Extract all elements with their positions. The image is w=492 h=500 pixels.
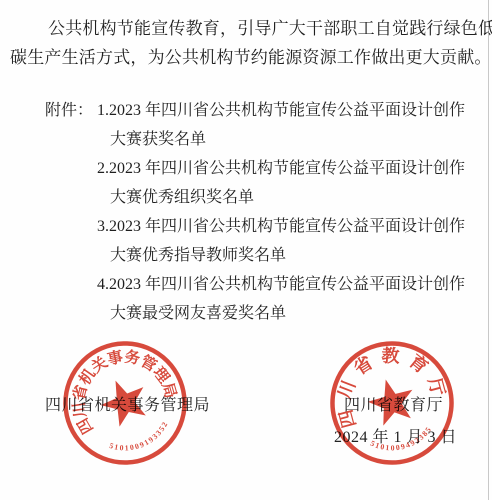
body-paragraph: 公共机构节能宣传教育，引导广大干部职工自觉践行绿色低 碳生产生活方式，为公共机构… — [10, 14, 481, 72]
scan-edge-line — [488, 0, 489, 500]
paragraph-line: 碳生产生活方式，为公共机构节约能源资源工作做出更大贡献。 — [10, 43, 481, 72]
attachment-items: 1.2023 年四川省公共机构节能宣传公益平面设计创作 大赛获奖名单 2.202… — [45, 96, 465, 328]
attachment-item-subtitle: 大赛优秀指导教师奖名单 — [97, 241, 465, 270]
attachment-item-title: 3.2023 年四川省公共机构节能宣传公益平面设计创作 — [97, 212, 465, 241]
attachment-item: 4.2023 年四川省公共机构节能宣传公益平面设计创作 大赛最受网友喜爱奖名单 — [97, 270, 465, 328]
attachment-item-subtitle: 大赛获奖名单 — [97, 125, 465, 154]
svg-text:5101009193352: 5101009193352 — [106, 417, 176, 462]
attachment-item-subtitle: 大赛优秀组织奖名单 — [97, 183, 465, 212]
attachment-label: 附件： — [45, 96, 93, 125]
attachment-list: 附件： 1.2023 年四川省公共机构节能宣传公益平面设计创作 大赛获奖名单 2… — [45, 96, 465, 328]
attachment-item: 1.2023 年四川省公共机构节能宣传公益平面设计创作 大赛获奖名单 — [97, 96, 465, 154]
attachment-item: 2.2023 年四川省公共机构节能宣传公益平面设计创作 大赛优秀组织奖名单 — [97, 154, 465, 212]
attachment-item-subtitle: 大赛最受网友喜爱奖名单 — [97, 299, 465, 328]
document-page: 公共机构节能宣传教育，引导广大干部职工自觉践行绿色低 碳生产生活方式，为公共机构… — [0, 0, 492, 500]
attachment-item-title: 1.2023 年四川省公共机构节能宣传公益平面设计创作 — [97, 96, 465, 125]
seal-serial-number: 5101009193352 — [106, 417, 176, 462]
star-icon — [94, 372, 154, 431]
attachment-item: 3.2023 年四川省公共机构节能宣传公益平面设计创作 大赛优秀指导教师奖名单 — [97, 212, 465, 270]
official-seal-left: 四川省机关事务管理局 5101009193352 — [58, 336, 193, 471]
paragraph-line: 公共机构节能宣传教育，引导广大干部职工自觉践行绿色低 — [10, 14, 481, 43]
attachment-item-title: 4.2023 年四川省公共机构节能宣传公益平面设计创作 — [97, 270, 465, 299]
official-seal-right: 四川省教育厅 5101009492385 — [328, 339, 456, 467]
attachment-item-title: 2.2023 年四川省公共机构节能宣传公益平面设计创作 — [97, 154, 465, 183]
star-icon — [363, 374, 419, 428]
